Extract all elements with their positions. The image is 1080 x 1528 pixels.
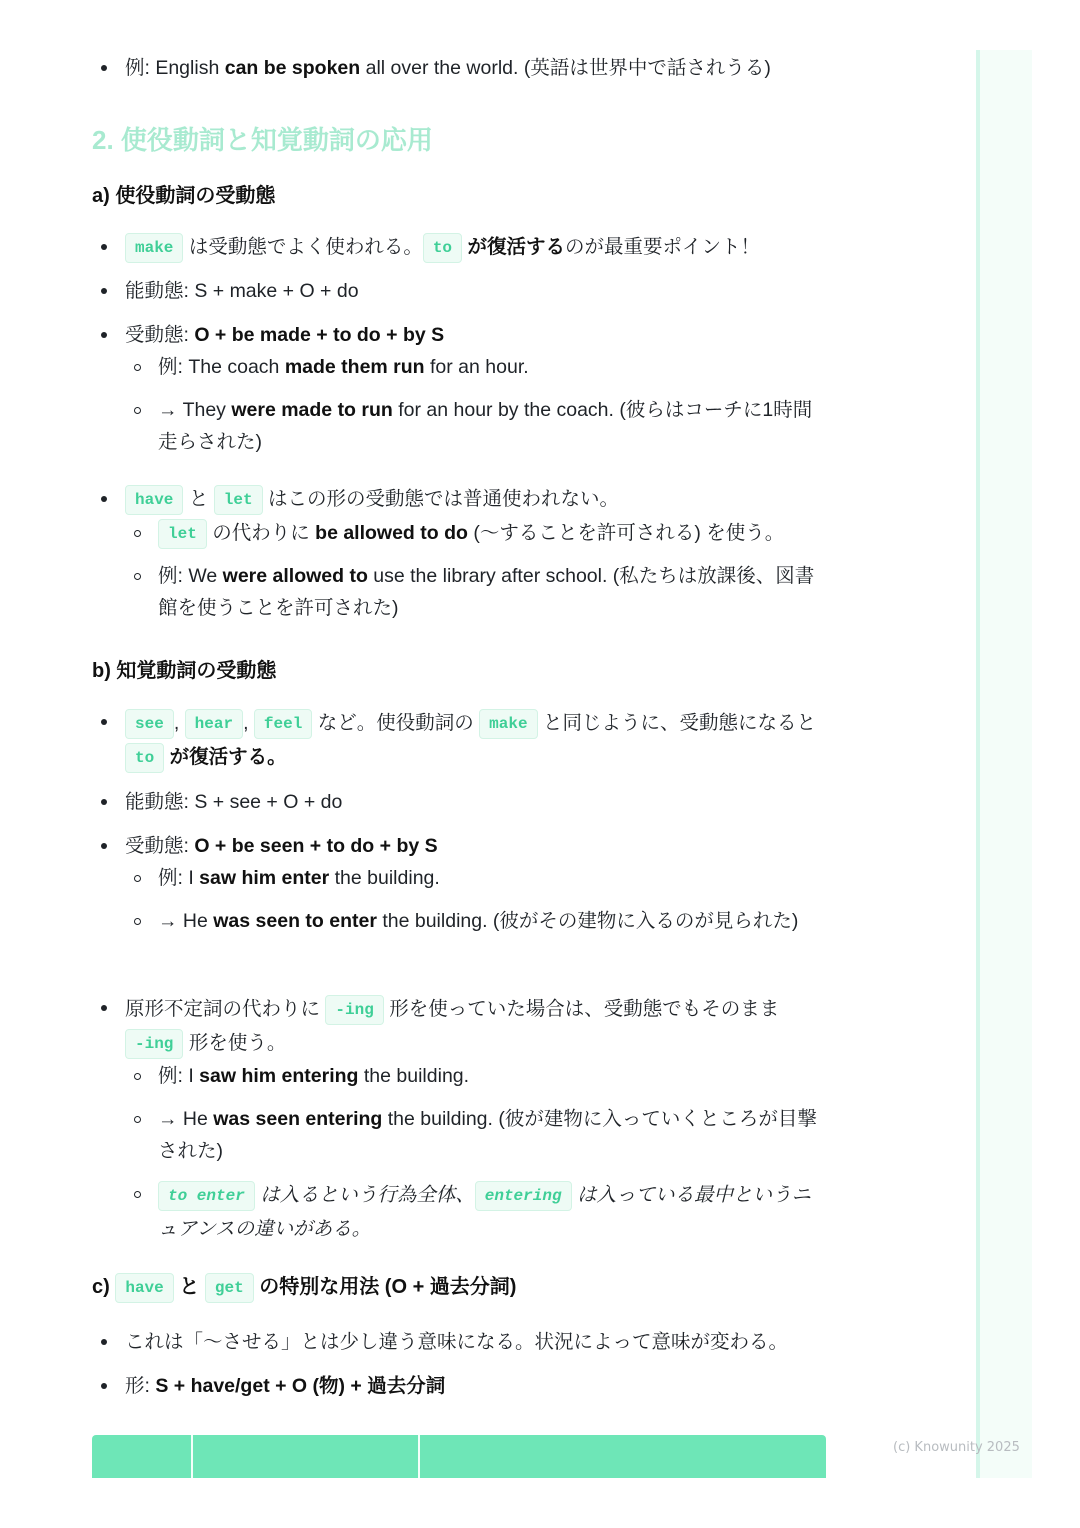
sublist-item: to enter は入るという行為全体、entering は入っている最中という… (125, 1178, 827, 1246)
bold-text: were allowed to (223, 565, 368, 587)
sublist-item: 例: I saw him entering the building. (125, 1060, 827, 1092)
sublist-item: → He was seen entering the building. (彼が… (125, 1103, 827, 1167)
code-to: to (423, 233, 462, 263)
code-ing: -ing (325, 995, 383, 1025)
list-item: 能動態: S + make + O + do (92, 275, 827, 307)
sublist: 例: I saw him entering the building. → He… (125, 1060, 827, 1246)
text: は受動態でよく使われる。 (183, 236, 422, 258)
list-item: 能動態: S + see + O + do (92, 786, 827, 818)
text: と同じように、受動態になると (538, 712, 816, 734)
text: → He (158, 910, 213, 932)
bold-text: が復活する。 (164, 746, 286, 768)
list-item: これは「〜させる」とは少し違う意味になる。状況によって意味が変わる。 (92, 1326, 827, 1358)
sublist: 例: The coach made them run for an hour. … (125, 351, 827, 458)
text: , (174, 712, 185, 734)
copyright-watermark: (c) Knowunity 2025 (893, 1440, 1020, 1455)
sublist-item: → They were made to run for an hour by t… (125, 394, 827, 458)
sublist-item: 例: We were allowed to use the library af… (125, 560, 827, 624)
code-get: get (205, 1273, 254, 1303)
text: はこの形の受動態では普通使われない。 (263, 488, 619, 510)
text: 形: (125, 1375, 155, 1397)
sublist-item: 例: The coach made them run for an hour. (125, 351, 827, 383)
text: all over the world. (英語は世界中で話されうる) (360, 57, 771, 79)
text: 形を使っていた場合は、受動態でもそのまま (384, 998, 779, 1020)
text: 例: The coach (158, 356, 285, 378)
list-b: see, hear, feel など。使役動詞の make と同じように、受動態… (92, 706, 827, 937)
bold-text: made them run (285, 356, 425, 378)
code-ing: -ing (125, 1029, 183, 1059)
list-item: 受動態: O + be seen + to do + by S 例: I saw… (92, 830, 827, 937)
bold-text: saw him entering (199, 1065, 358, 1087)
bold-text: O + be seen + to do + by S (194, 835, 437, 857)
list-item: 原形不定詞の代わりに -ing 形を使っていた場合は、受動態でもそのまま -in… (92, 992, 827, 1246)
list-a: make は受動態でよく使われる。to が復活するのが最重要ポイント！ 能動態:… (92, 231, 827, 458)
code-entering: entering (475, 1181, 572, 1211)
bold-text: can be spoken (225, 57, 360, 79)
text: , (243, 712, 254, 734)
list-item: 例: English can be spoken all over the wo… (92, 52, 827, 84)
text: と (174, 1276, 205, 1298)
code-let: let (214, 485, 263, 515)
text: の特別な用法 (O + 過去分詞) (254, 1276, 517, 1298)
table-header-cell (420, 1435, 826, 1478)
text: → They (158, 399, 231, 421)
code-have: have (125, 485, 183, 515)
bold-text: was seen to enter (213, 910, 377, 932)
text: 形を使う。 (183, 1032, 286, 1054)
list-a-2: have と let はこの形の受動態では普通使われない。 let の代わりに … (92, 483, 827, 624)
code-let: let (158, 519, 207, 549)
text: 受動態: (125, 835, 194, 857)
bold-text: be allowed to do (315, 522, 468, 544)
right-sidebar-panel (976, 50, 1032, 1478)
text: the building. (329, 867, 440, 889)
text: → He (158, 1108, 213, 1130)
sublist-item: 例: I saw him enter the building. (125, 862, 827, 894)
bold-text: が復活する (462, 236, 565, 258)
list-c: これは「〜させる」とは少し違う意味になる。状況によって意味が変わる。 形: S … (92, 1326, 827, 1402)
text: など。使役動詞の (312, 712, 479, 734)
subsection-heading-b: b) 知覚動詞の受動態 (92, 654, 276, 683)
bold-text: saw him enter (199, 867, 329, 889)
list-item: see, hear, feel など。使役動詞の make と同じように、受動態… (92, 706, 827, 774)
sublist: let の代わりに be allowed to do (〜することを許可される)… (125, 517, 827, 624)
text: のが最重要ポイント！ (565, 236, 760, 258)
code-to-enter: to enter (158, 1181, 255, 1211)
code-to: to (125, 743, 164, 773)
list-item: make は受動態でよく使われる。to が復活するのが最重要ポイント！ (92, 231, 827, 263)
text: 例: I (158, 1065, 199, 1087)
code-feel: feel (254, 709, 312, 739)
bold-text: were made to run (231, 399, 392, 421)
subsection-heading-a: a) 使役動詞の受動態 (92, 179, 275, 208)
list-item: 形: S + have/get + O (物) + 過去分詞 (92, 1370, 827, 1402)
sublist-item: → He was seen to enter the building. (彼が… (125, 905, 827, 937)
list-item: 受動態: O + be made + to do + by S 例: The c… (92, 319, 827, 458)
code-make: make (125, 233, 183, 263)
sublist: 例: I saw him enter the building. → He wa… (125, 862, 827, 937)
code-have: have (115, 1273, 173, 1303)
code-hear: hear (185, 709, 243, 739)
sublist-item: let の代わりに be allowed to do (〜することを許可される)… (125, 517, 827, 549)
text: 例: We (158, 565, 223, 587)
list-b-2: 原形不定詞の代わりに -ing 形を使っていた場合は、受動態でもそのまま -in… (92, 992, 827, 1246)
bold-text: O + be made + to do + by S (194, 324, 444, 346)
table-header-cell (193, 1435, 420, 1478)
text: the building. (彼がその建物に入るのが見られた) (377, 910, 799, 932)
bold-text: S + have/get + O (物) + 過去分詞 (155, 1375, 445, 1397)
italic-text: は入るという行為全体、 (255, 1184, 475, 1206)
text: c) (92, 1276, 115, 1298)
text: for an hour. (425, 356, 529, 378)
intro-list: 例: English can be spoken all over the wo… (92, 52, 827, 84)
list-item: have と let はこの形の受動態では普通使われない。 let の代わりに … (92, 483, 827, 624)
text: の代わりに (207, 522, 315, 544)
code-make: make (479, 709, 537, 739)
text: 例: English (125, 57, 225, 79)
bold-text: was seen entering (213, 1108, 382, 1130)
text: the building. (358, 1065, 469, 1087)
text: (〜することを許可される) を使う。 (468, 522, 784, 544)
text: と (183, 488, 213, 510)
text: 受動態: (125, 324, 194, 346)
code-see: see (125, 709, 174, 739)
text: 原形不定詞の代わりに (125, 998, 325, 1020)
subsection-heading-c: c) have と get の特別な用法 (O + 過去分詞) (92, 1270, 516, 1303)
text: 例: I (158, 867, 199, 889)
table-header-row (92, 1435, 826, 1478)
section-title: 2. 使役動詞と知覚動詞の応用 (92, 120, 433, 157)
table-header-cell (92, 1435, 193, 1478)
